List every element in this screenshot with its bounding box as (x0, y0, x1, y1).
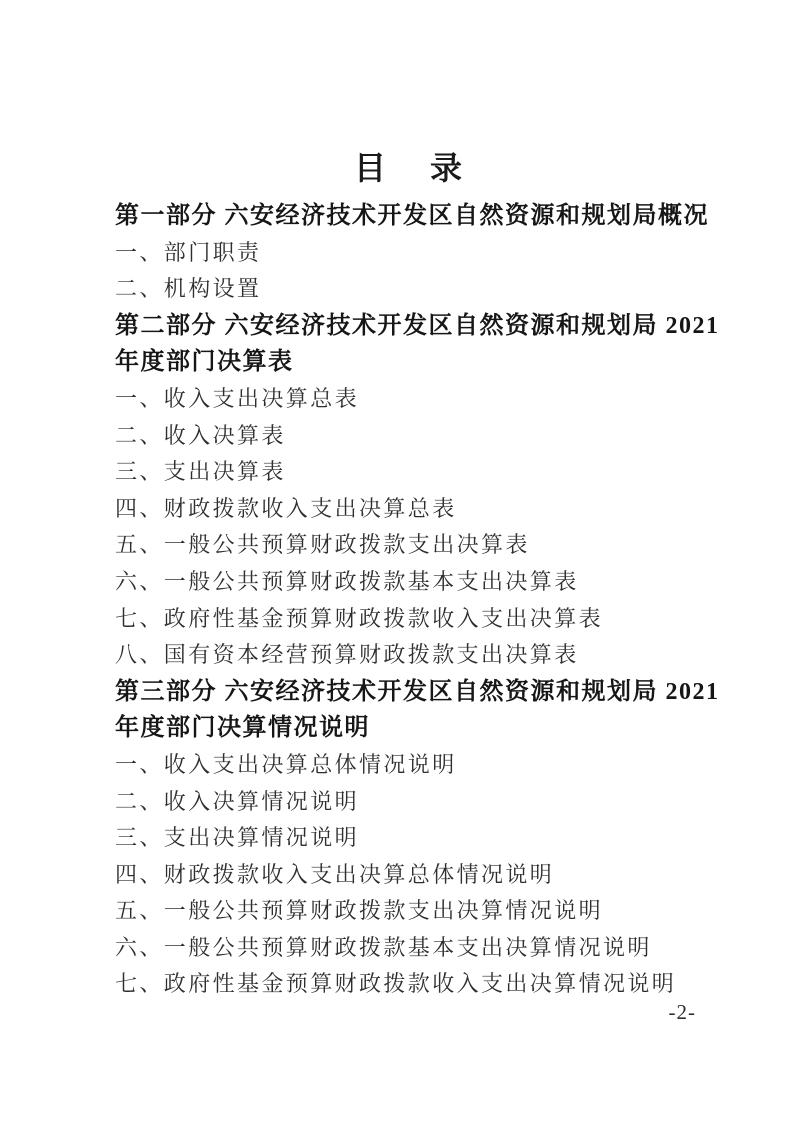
toc-item: 四、财政拨款收入支出决算总体情况说明 (115, 857, 707, 894)
toc-item: 五、一般公共预算财政拨款支出决算情况说明 (115, 893, 707, 930)
toc-section-2-heading-line-2: 年度部门决算表 (115, 344, 707, 381)
toc-item: 七、政府性基金预算财政拨款收入支出决算表 (115, 601, 707, 638)
toc-item: 四、财政拨款收入支出决算总表 (115, 491, 707, 528)
toc-item: 二、机构设置 (115, 271, 707, 308)
document-page: 目 录 第一部分 六安经济技术开发区自然资源和规划局概况 一、部门职责 二、机构… (0, 0, 793, 1121)
toc-item: 一、部门职责 (115, 235, 707, 272)
toc-item: 六、一般公共预算财政拨款基本支出决算情况说明 (115, 930, 707, 967)
toc-item: 一、收入支出决算总体情况说明 (115, 747, 707, 784)
toc-section-2-heading-line-1: 第二部分 六安经济技术开发区自然资源和规划局 2021 (115, 308, 707, 345)
toc-item: 七、政府性基金预算财政拨款收入支出决算情况说明 (115, 966, 707, 1003)
toc-item: 五、一般公共预算财政拨款支出决算表 (115, 527, 707, 564)
toc-content: 目 录 第一部分 六安经济技术开发区自然资源和规划局概况 一、部门职责 二、机构… (115, 146, 707, 1003)
page-number: -2- (669, 1000, 697, 1025)
toc-section-3-heading-line-2: 年度部门决算情况说明 (115, 710, 707, 747)
toc-item: 八、国有资本经营预算财政拨款支出决算表 (115, 637, 707, 674)
toc-section-1-heading: 第一部分 六安经济技术开发区自然资源和规划局概况 (115, 198, 707, 235)
page-title: 目 录 (115, 146, 707, 190)
toc-section-3-heading-line-1: 第三部分 六安经济技术开发区自然资源和规划局 2021 (115, 674, 707, 711)
toc-item: 二、收入决算表 (115, 418, 707, 455)
toc-item: 三、支出决算表 (115, 454, 707, 491)
toc-item: 二、收入决算情况说明 (115, 784, 707, 821)
toc-item: 一、收入支出决算总表 (115, 381, 707, 418)
toc-item: 三、支出决算情况说明 (115, 820, 707, 857)
toc-item: 六、一般公共预算财政拨款基本支出决算表 (115, 564, 707, 601)
